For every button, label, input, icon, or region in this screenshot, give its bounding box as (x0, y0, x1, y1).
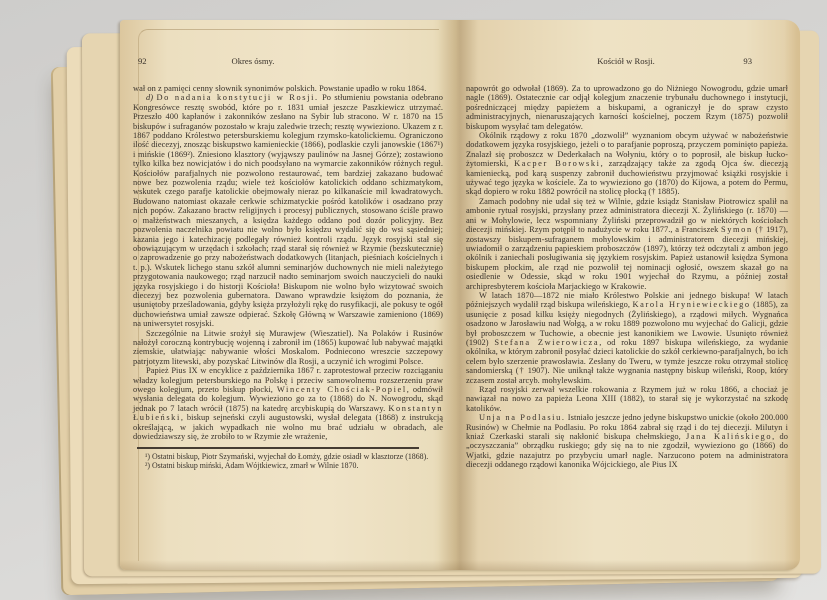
paragraph: wał on z pamięci cenny słownik synonimów… (133, 84, 443, 93)
page-body-left: wał on z pamięci cenny słownik synonimów… (133, 84, 443, 441)
page-header-right: Kościół w Rosji. 93 (466, 56, 788, 67)
paragraph: Rząd rosyjski zerwał wszelkie rokowania … (466, 385, 788, 413)
footnote-rule (137, 447, 419, 448)
page-number: 92 (138, 56, 147, 66)
page-header-left: 92 Okres ósmy. (133, 56, 443, 67)
paragraph: Okólnik rządowy z roku 1870 „dozwolił” w… (466, 131, 788, 197)
photo-background: 92 Okres ósmy. wał on z pamięci cenny sł… (0, 0, 827, 600)
paragraph: Unja na Podlasiu. Istniało jeszcze jedno… (466, 413, 788, 469)
paragraph: Papież Pius IX w encyklice z październik… (133, 366, 443, 441)
paragraph: Szczególnie na Litwie srożył się Murawje… (133, 329, 443, 367)
footnote: ¹) Ostatni biskup, Piotr Szymański, wyje… (133, 452, 443, 461)
open-book-spread: 92 Okres ósmy. wał on z pamięci cenny sł… (120, 20, 800, 570)
footnote-section: ¹) Ostatni biskup, Piotr Szymański, wyje… (133, 447, 443, 470)
running-title: Kościół w Rosji. (526, 56, 726, 66)
page-number: 93 (743, 56, 752, 66)
paragraph: napowrót go odwołał (1869). Za to uprowa… (466, 84, 788, 131)
bottom-edge-shadow (120, 560, 800, 570)
book: 92 Okres ósmy. wał on z pamięci cenny sł… (56, 12, 810, 594)
running-title: Okres ósmy. (163, 56, 343, 66)
page-body-right: napowrót go odwołał (1869). Za to uprowa… (466, 84, 788, 470)
paragraph: d) Do nadania konstytucji w Rosji. Po st… (133, 93, 443, 328)
paragraph: W latach 1870—1872 nie miało Królestwo P… (466, 291, 788, 385)
footnote: ²) Ostatni biskup miński, Adam Wójtkiewi… (133, 461, 443, 470)
page-left: 92 Okres ósmy. wał on z pamięci cenny sł… (133, 56, 443, 470)
page-right: Kościół w Rosji. 93 napowrót go odwołał … (466, 56, 788, 470)
paragraph: Zamach podobny nie udał się też w Wilnie… (466, 197, 788, 291)
